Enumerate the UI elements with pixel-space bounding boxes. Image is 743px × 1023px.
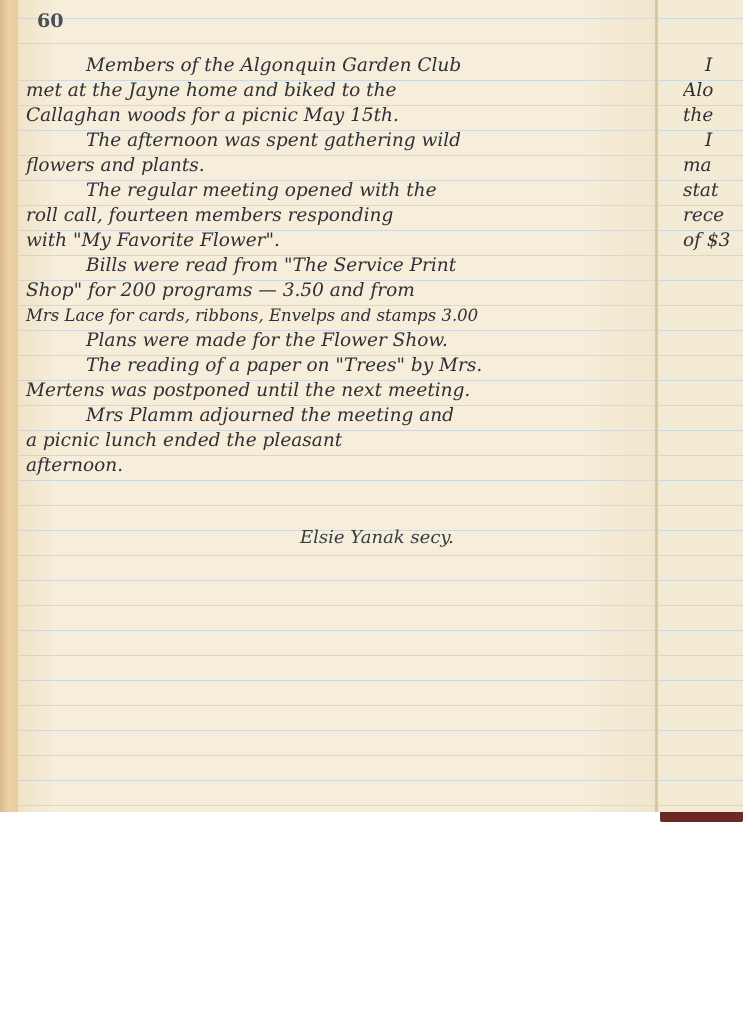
text-line: I bbox=[683, 128, 743, 153]
text-line: roll call, fourteen members responding bbox=[26, 203, 651, 228]
text-line: of $3 bbox=[683, 228, 743, 253]
text-line: with "My Favorite Flower". bbox=[26, 228, 651, 253]
right-page-text: I Alo the I ma stat rece of $3 bbox=[683, 53, 743, 253]
text-line: met at the Jayne home and biked to the bbox=[26, 78, 651, 103]
text-line: flowers and plants. bbox=[26, 153, 651, 178]
text-line: Mrs Plamm adjourned the meeting and bbox=[26, 403, 651, 428]
text-line: ma bbox=[683, 153, 743, 178]
text-line: The reading of a paper on "Trees" by Mrs… bbox=[26, 353, 651, 378]
cover-edge bbox=[660, 812, 743, 822]
minutes-text: Members of the Algonquin Garden Club met… bbox=[26, 53, 651, 478]
text-line: Mertens was postponed until the next mee… bbox=[26, 378, 651, 403]
text-line: Callaghan woods for a picnic May 15th. bbox=[26, 103, 651, 128]
text-line: Alo bbox=[683, 78, 743, 103]
text-line: I bbox=[683, 53, 743, 78]
page-number: 60 bbox=[37, 10, 63, 32]
text-line: The afternoon was spent gathering wild bbox=[26, 128, 651, 153]
text-line: stat bbox=[683, 178, 743, 203]
text-line: Plans were made for the Flower Show. bbox=[26, 328, 651, 353]
text-line: the bbox=[683, 103, 743, 128]
secretary-signature: Elsie Yanak secy. bbox=[300, 527, 454, 548]
text-line: a picnic lunch ended the pleasant bbox=[26, 428, 651, 453]
notebook-spread: 60 Members of the Algonquin Garden Club … bbox=[0, 0, 743, 812]
page-edge-left bbox=[0, 0, 19, 812]
text-line: rece bbox=[683, 203, 743, 228]
text-line: Mrs Lace for cards, ribbons, Envelps and… bbox=[26, 303, 651, 328]
text-line: Members of the Algonquin Garden Club bbox=[26, 53, 651, 78]
text-line: Shop" for 200 programs — 3.50 and from bbox=[26, 278, 651, 303]
text-line: Bills were read from "The Service Print bbox=[26, 253, 651, 278]
text-line: afternoon. bbox=[26, 453, 651, 478]
text-line: The regular meeting opened with the bbox=[26, 178, 651, 203]
